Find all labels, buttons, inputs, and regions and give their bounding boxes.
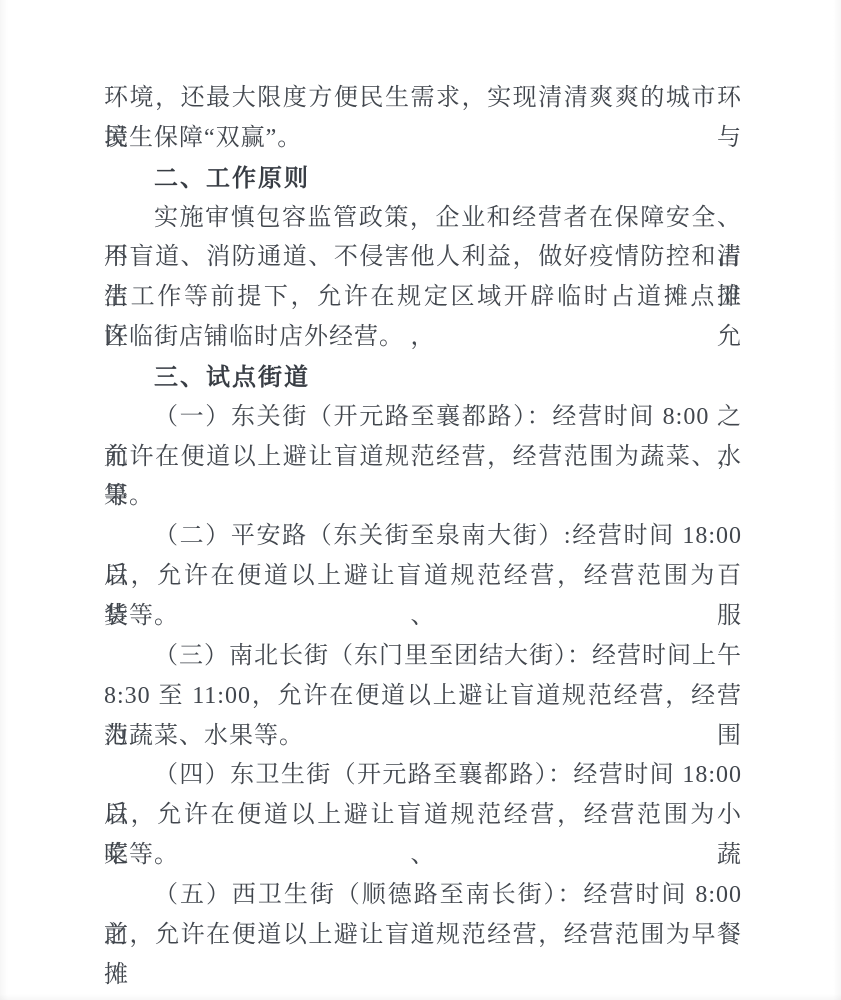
section-heading: 三、试点街道 (104, 358, 742, 398)
text-line: （一）东关街（开元路至襄都路）：经营时间 8:00 之前， (104, 398, 742, 438)
text-line: 用盲道、消防通道、不侵害他人利益，做好疫情防控和清洁卫 (104, 238, 742, 278)
text-line: （二）平安路（东关街至泉南大街）:经营时间 18:00 以 (104, 517, 742, 557)
text-line: （四）东卫生街（开元路至襄都路）：经营时间 18:00 以 (104, 756, 742, 796)
text-line: 前，允许在便道以上避让盲道规范经营，经营范围为早餐摊 (104, 916, 742, 956)
text-line: 允许在便道以上避让盲道规范经营，经营范围为蔬菜、水果 (104, 438, 742, 478)
document-page: 环境，还最大限度方便民生需求，实现清清爽爽的城市环境与 民生保障“双赢”。 二、… (0, 0, 841, 1000)
text-line: 后，允许在便道以上避让盲道规范经营，经营范围为百货、服 (104, 557, 742, 597)
document-text-block: 环境，还最大限度方便民生需求，实现清清爽爽的城市环境与 民生保障“双赢”。 二、… (104, 79, 742, 956)
section-heading: 二、工作原则 (104, 159, 742, 199)
text-line: 等。 (104, 477, 742, 517)
text-line: （三）南北长街（东门里至团结大街）：经营时间上午 (104, 637, 742, 677)
text-line: 后，允许在便道以上避让盲道规范经营，经营范围为小吃、蔬 (104, 796, 742, 836)
text-line: 环境，还最大限度方便民生需求，实现清清爽爽的城市环境与 (104, 79, 742, 119)
text-line: 生工作等前提下，允许在规定区域开辟临时占道摊点摊区，允 (104, 278, 742, 318)
text-line: 实施审慎包容监管政策，企业和经营者在保障安全、不占 (104, 199, 742, 239)
text-line: 8:30 至 11:00，允许在便道以上避让盲道规范经营，经营范围 (104, 677, 742, 717)
text-line: （五）西卫生街（顺德路至南长街）：经营时间 8:00 之 (104, 876, 742, 916)
